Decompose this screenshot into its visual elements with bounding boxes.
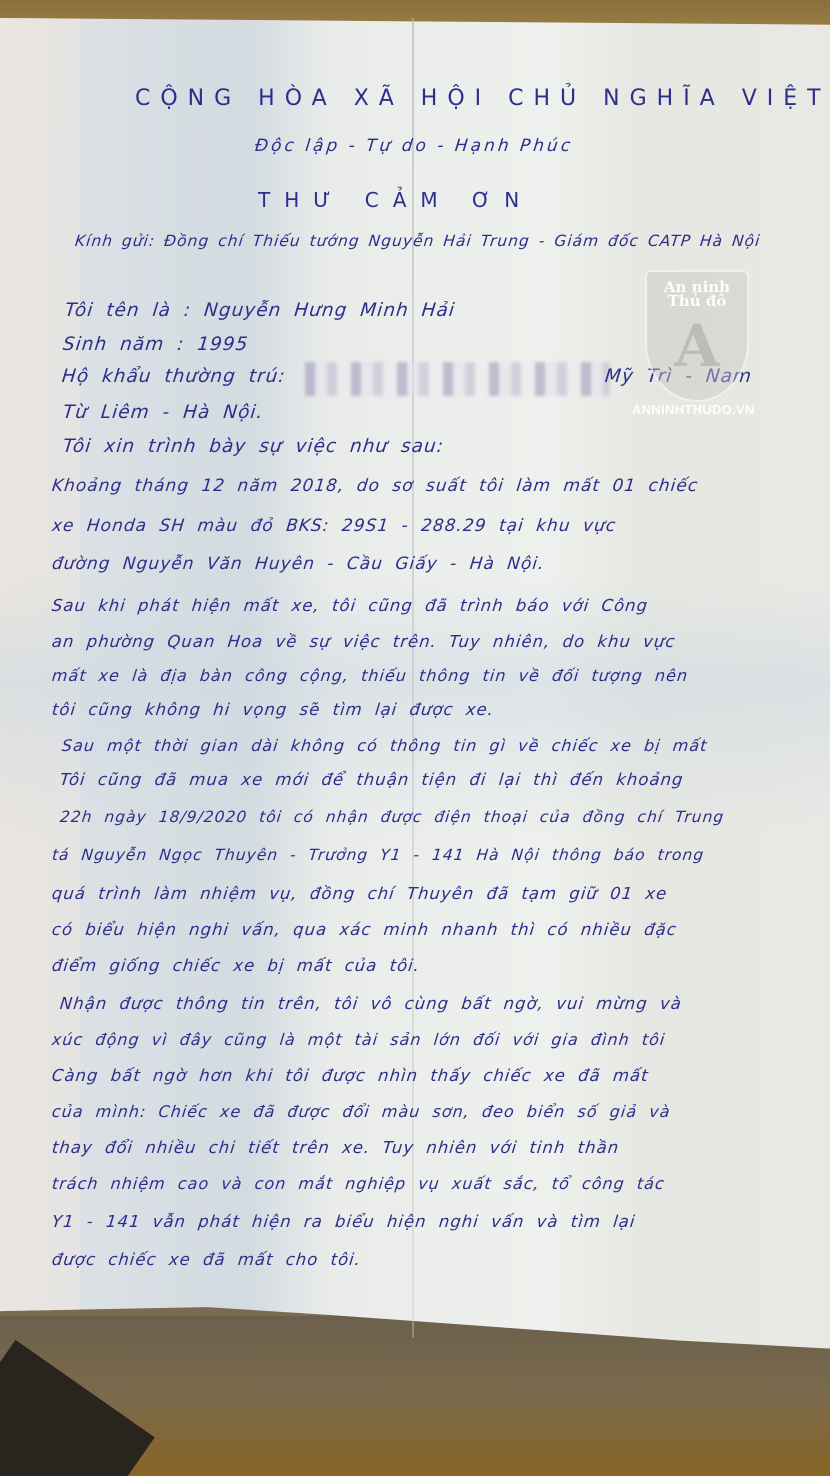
letter-line: được chiếc xe đã mất cho tôi. (51, 1250, 362, 1269)
letter-recipient: Kính gửi: Đồng chí Thiếu tướng Nguyễn Hả… (74, 232, 761, 250)
letter-line: quá trình làm nhiệm vụ, đồng chí Thuyên … (51, 884, 668, 903)
letter-line: điểm giống chiếc xe bị mất của tôi. (51, 956, 421, 975)
letter-line: Khoảng tháng 12 năm 2018, do sơ suất tôi… (51, 476, 699, 496)
letter-line: Càng bất ngờ hơn khi tôi được nhìn thấy … (51, 1066, 650, 1085)
watermark-logo: An ninh Thủ đô A (645, 270, 749, 402)
letter-line: tá Nguyễn Ngọc Thuyên - Trưởng Y1 - 141 … (51, 846, 705, 864)
letter-line: Y1 - 141 vẫn phát hiện ra biểu hiện nghi… (51, 1212, 637, 1231)
letter-line: Từ Liêm - Hà Nội. (62, 402, 265, 423)
letter-line: Nhận được thông tin trên, tôi vô cùng bấ… (59, 994, 683, 1013)
letter-line: của mình: Chiếc xe đã được đổi màu sơn, … (51, 1102, 672, 1121)
letter-line: tôi cũng không hi vọng sẽ tìm lại được x… (51, 700, 495, 719)
watermark-url: ANNINHTHUDO.VN (632, 402, 755, 417)
letter-line: thay đổi nhiều chi tiết trên xe. Tuy nhi… (51, 1138, 620, 1157)
letter-line: xe Honda SH màu đỏ BKS: 29S1 - 288.29 tạ… (51, 516, 617, 536)
letter-line: trách nhiệm cao và con mắt nghiệp vụ xuấ… (51, 1174, 666, 1193)
letter-line: có biểu hiện nghi vấn, qua xác minh nhan… (51, 920, 678, 939)
letter-line: Tôi xin trình bày sự việc như sau: (62, 436, 445, 457)
letter-paper (0, 18, 830, 1358)
letter-line: Tôi cũng đã mua xe mới để thuận tiện đi … (59, 770, 685, 789)
letter-line: 22h ngày 18/9/2020 tôi có nhận được điện… (59, 808, 725, 826)
national-title: CỘNG HÒA XÃ HỘI CHỦ NGHĨA VIỆT NAM (135, 86, 830, 111)
watermark-shield-letter: A (647, 316, 747, 376)
letter-line: Sau một thời gian dài không có thông tin… (61, 736, 709, 755)
letter-line: mất xe là địa bàn công cộng, thiếu thông… (51, 666, 689, 685)
letter-line: xúc động vì đây cũng là một tài sản lớn … (51, 1030, 666, 1049)
letter-line: Tôi tên là : Nguyễn Hưng Minh Hải (64, 300, 456, 321)
letter-line: đường Nguyễn Văn Huyên - Cầu Giấy - Hà N… (51, 554, 546, 574)
letter-line: Sau khi phát hiện mất xe, tôi cũng đã tr… (51, 596, 649, 615)
letter-line: Sinh năm : 1995 (62, 334, 250, 355)
watermark-brand-bottom: Thủ đô (647, 294, 747, 308)
watermark-brand: An ninh Thủ đô (647, 272, 747, 308)
letter-line: Hộ khẩu thường trú: (61, 366, 287, 387)
letter-title: THƯ CẢM ƠN (258, 188, 533, 212)
national-motto: Độc lập - Tự do - Hạnh Phúc (254, 136, 574, 156)
letter-line: an phường Quan Hoa về sự việc trên. Tuy … (51, 632, 677, 651)
redacted-address (305, 362, 610, 396)
